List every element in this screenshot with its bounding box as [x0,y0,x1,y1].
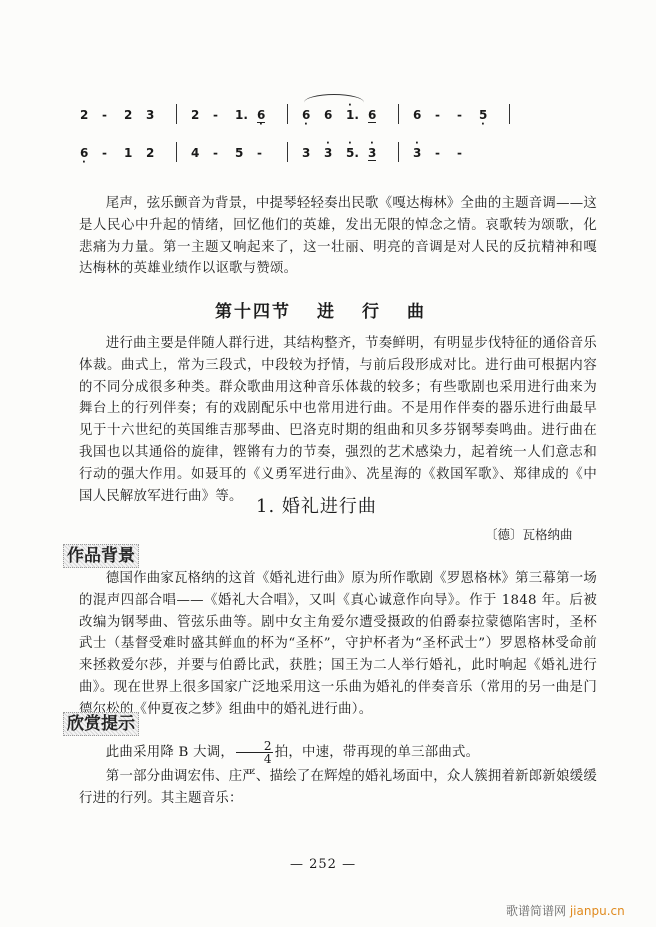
paragraph-tips-key: 此曲采用降 B 大调，24拍，中速，带再现的单三部曲式。 [79,740,597,765]
note: 6· [257,108,279,134]
barline [176,142,177,162]
measure: 33·5.·3· [302,146,390,172]
note: 6· [302,108,324,134]
note: 1 [124,146,146,172]
score-row-1: 2-232-1.6·6·61.·66--5· [80,108,590,138]
note: 3· [324,146,346,172]
text: 此曲采用降 B 大调， [106,745,234,760]
note: - [435,146,457,172]
note: 2 [124,108,146,134]
measure: 6·-12 [80,146,168,172]
paragraph-tips-theme: 第一部分曲调宏伟、庄严、描绘了在辉煌的婚礼场面中，众人簇拥着新郎新娘缓缓行进的行… [79,766,597,810]
section-number: 第十四节 [215,302,291,322]
paragraph-march-intro: 进行曲主要是伴随人群行进，其结构整齐，节奏鲜明，有明显步伐特征的通俗音乐体裁。曲… [79,333,597,507]
watermark-url: jianpu.cn [570,904,625,918]
note: 3· [368,146,390,172]
note: 6 [324,108,346,134]
score-row-2: 6·-124-5-33·5.·3·3·-- [80,146,590,176]
note: 2 [80,108,102,134]
paragraph-coda: 尾声，弦乐颤音为背景，中提琴轻轻奏出民歌《嘎达梅林》全曲的主题音调——这是人民心… [79,193,597,280]
composer-credit: 〔德〕瓦格纳曲 [485,525,573,543]
measure: 4-5- [191,146,279,172]
note: 3 [302,146,324,172]
title-char: 进 [317,302,336,322]
note: - [257,146,279,172]
note: 6· [80,146,102,172]
note: 6 [413,108,435,134]
book-page: 2-232-1.6·6·61.·66--5· 6·-124-5-33·5.·3·… [0,0,656,927]
barline [398,104,399,124]
barline [287,142,288,162]
note: - [213,108,235,134]
heading-background: 作品背景 [63,544,139,568]
note: 3· [413,146,435,172]
title-char: 行 [362,302,381,322]
paragraph-background: 德国作曲家瓦格纳的这首《婚礼进行曲》原为所作歌剧《罗恩格林》第三幕第一场的混声四… [79,568,597,721]
text: 拍，中速，带再现的单三部曲式。 [275,745,480,760]
note: 5· [479,108,501,134]
measure: 2-23 [80,108,168,134]
barline [176,104,177,124]
note: 2 [191,108,213,134]
barline [509,104,510,124]
note: 5 [235,146,257,172]
barline [287,104,288,124]
watermark: 歌谱简谱网 jianpu.cn [506,902,625,919]
note: 1. [235,108,257,134]
piece-title: 1. 婚礼进行曲 [256,492,377,518]
section-title: 第十四节进行曲 [215,297,426,322]
note: - [435,108,457,134]
note: - [102,146,124,172]
note: 6 [368,108,390,134]
page-number: — 252 — [290,857,356,872]
note: - [457,108,479,134]
note: 2 [146,146,168,172]
barline [398,142,399,162]
jianpu-score: 2-232-1.6·6·61.·66--5· 6·-124-5-33·5.·3·… [80,108,590,176]
heading-tips: 欣赏提示 [63,712,139,736]
note: 1.· [346,108,368,134]
note: 4 [191,146,213,172]
measure: 2-1.6· [191,108,279,134]
note: - [457,146,479,172]
note: 5.· [346,146,368,172]
measure: 6--5· [413,108,501,134]
time-signature: 24 [236,740,273,765]
note: - [102,108,124,134]
measure: 3·-- [413,146,479,172]
note: - [213,146,235,172]
title-char: 曲 [407,302,426,322]
measure: 6·61.·6 [302,108,390,134]
note: 3 [146,108,168,134]
